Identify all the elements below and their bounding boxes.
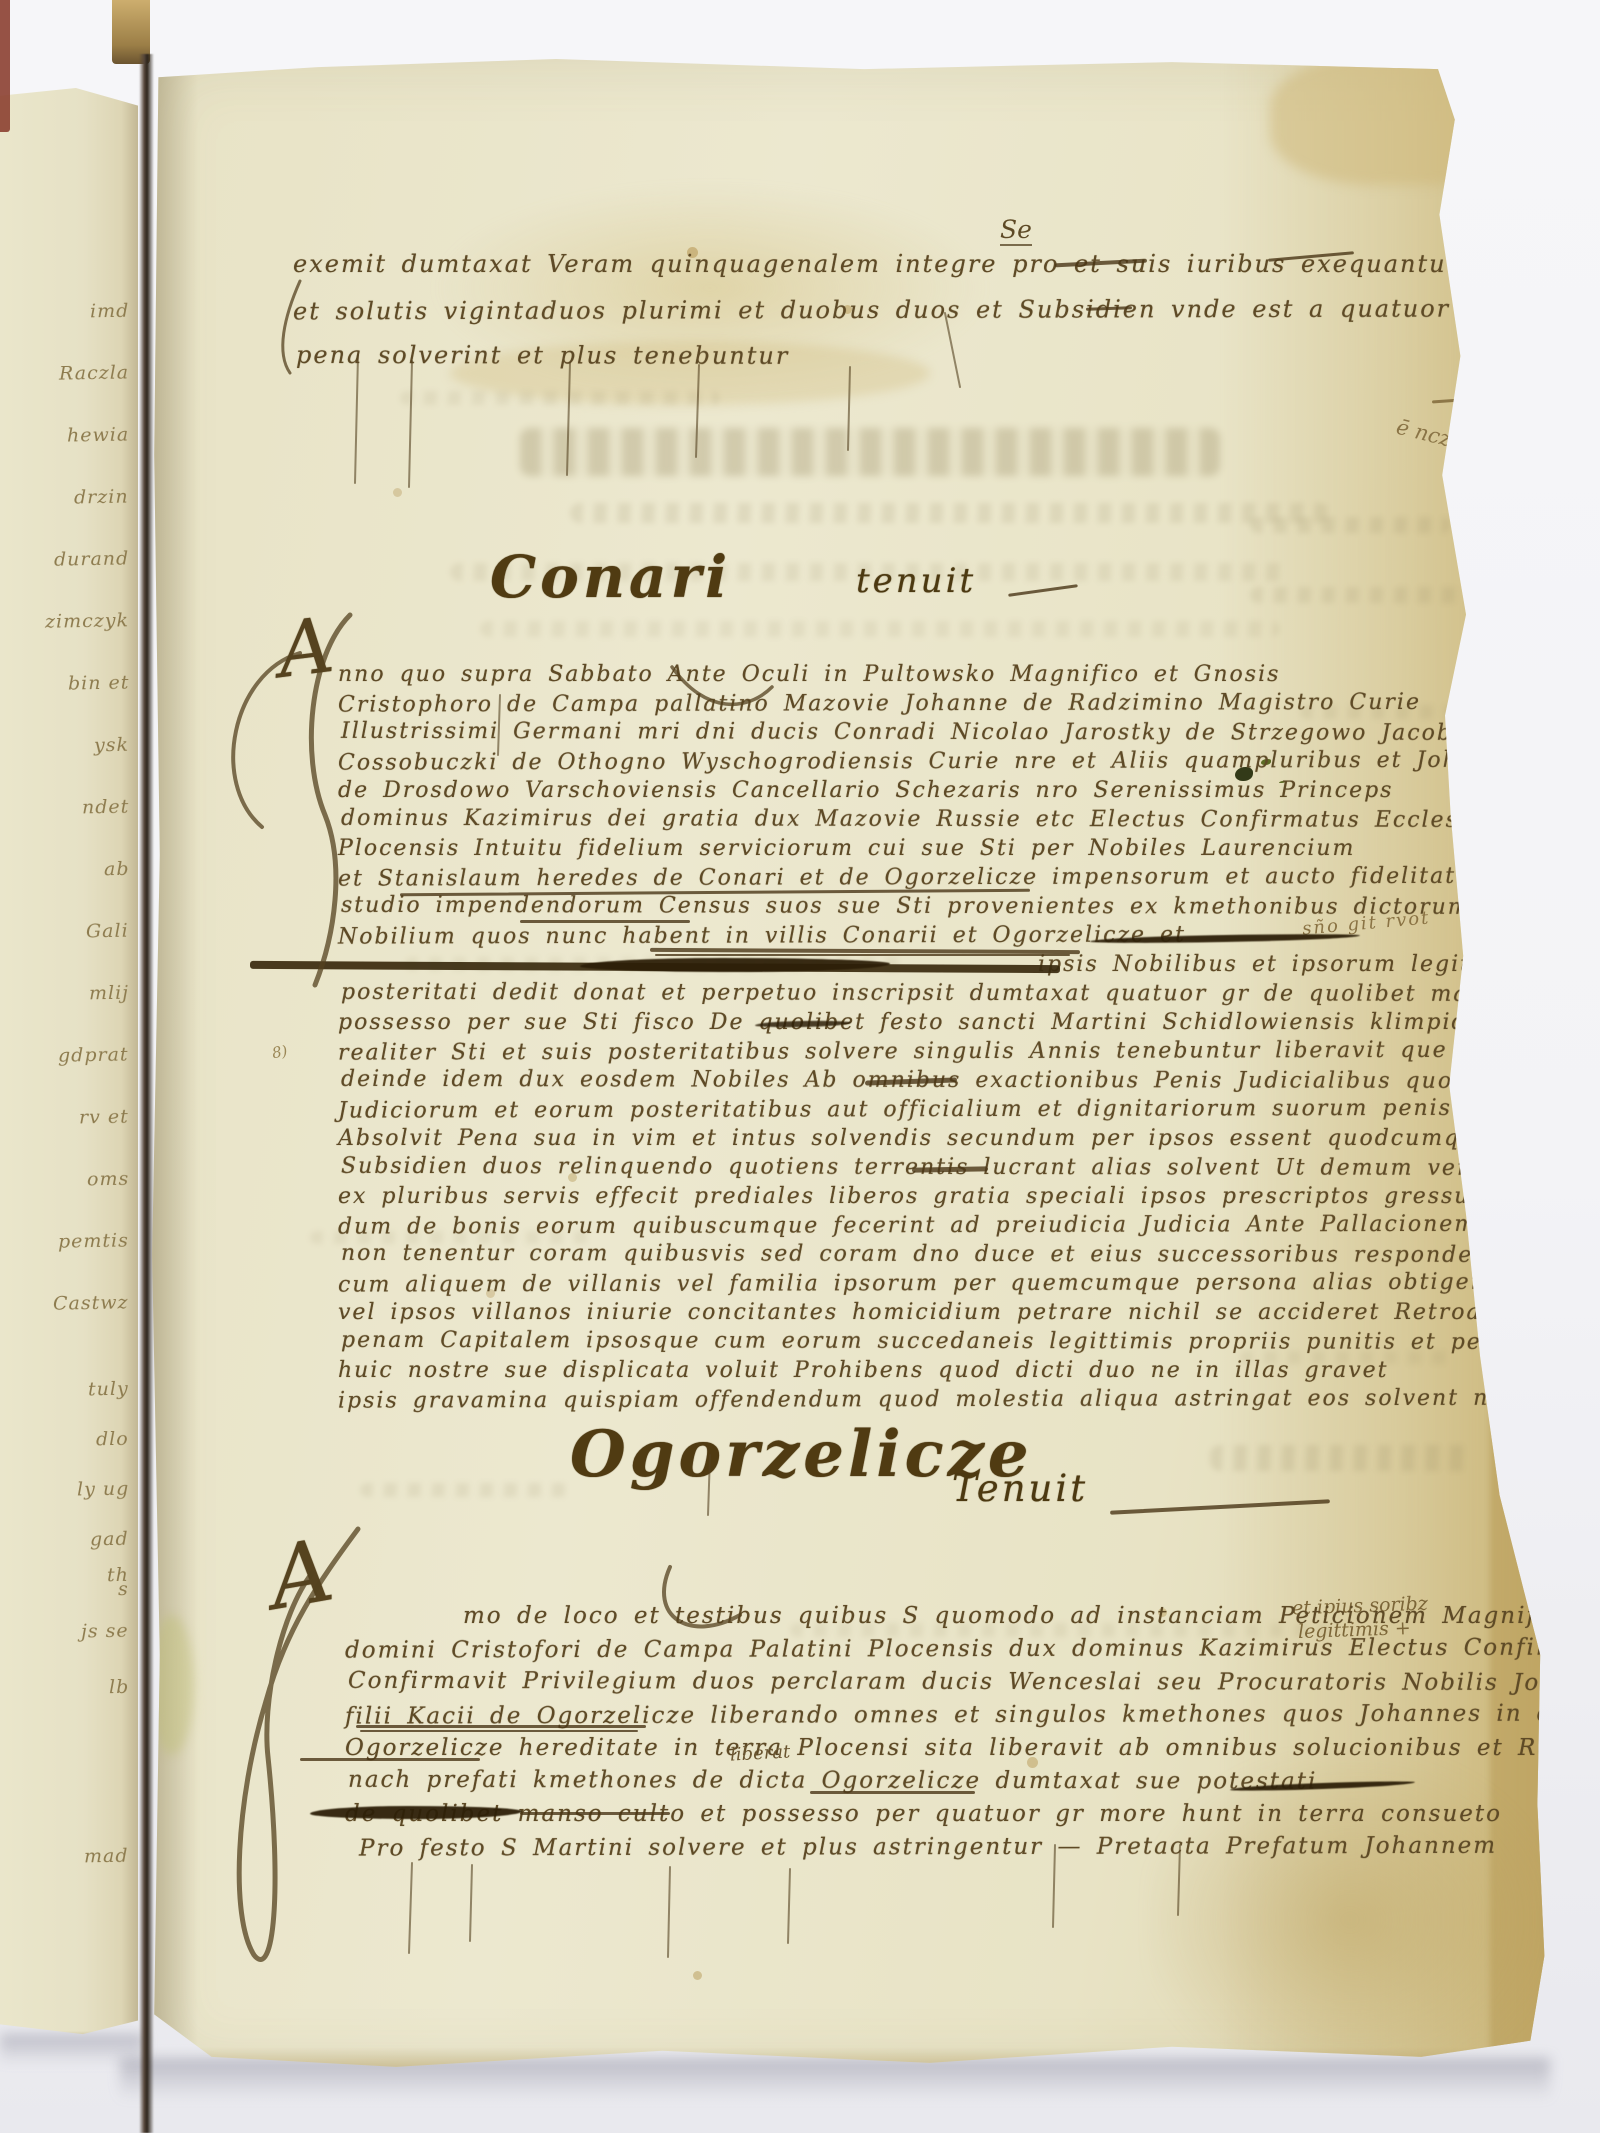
left-page-fragment-5: durand bbox=[54, 547, 130, 570]
conari-line-24: penam Capitalem ipsosque cum eorum succe… bbox=[341, 1326, 1550, 1357]
ogorzelicze-line-2: domini Cristofori de Campa Palatini Ploc… bbox=[345, 1631, 1550, 1667]
section-note-ogorzelicze: Tenuit bbox=[952, 1467, 1088, 1510]
interlinear-insert: liberat bbox=[729, 1741, 790, 1765]
conari-line-26: ipsis gravamina quispiam offendendum quo… bbox=[338, 1383, 1550, 1415]
left-page-fragment-23: th bbox=[107, 1564, 129, 1586]
left-page-fragment-1: imd bbox=[90, 300, 130, 323]
left-page-fragment-2: Raczla bbox=[59, 361, 129, 384]
top-paragraph: exemit dumtaxat Veram quinquagenalem int… bbox=[293, 241, 1460, 379]
folio-number: 15. bbox=[1445, 194, 1494, 231]
manuscript-photo: imdRaczlahewiadrzindurandzimczykbin etys… bbox=[0, 0, 1600, 2133]
ogorzelicze-line-8: Pro festo S Martini solvere et plus astr… bbox=[345, 1829, 1550, 1865]
conari-line-12: posteritati dedit donat et perpetuo insc… bbox=[341, 978, 1550, 1009]
ogorzelicze-line-5: Ogorzelicze hereditate in terra Plocensi… bbox=[345, 1732, 1550, 1765]
conari-line-17: Absolvit Pena sua in vim et intus solven… bbox=[338, 1124, 1550, 1153]
initial-letter-conari: A bbox=[273, 600, 338, 695]
stain-gutter-shadow bbox=[150, 55, 198, 2075]
left-page-bottom-shadow bbox=[0, 2034, 145, 2064]
stain-top-right-corner bbox=[1270, 55, 1530, 185]
stain-left-green bbox=[150, 1615, 194, 1755]
ghost-row bbox=[1250, 587, 1460, 603]
left-page-fragment-16: pemtis bbox=[58, 1229, 129, 1252]
ink-underline-6 bbox=[810, 1791, 975, 1794]
left-page-fragment-6: zimczyk bbox=[45, 609, 129, 632]
left-page-fragment-25: lb bbox=[109, 1676, 130, 1698]
left-page-fragment-21: gad bbox=[90, 1528, 129, 1551]
manuscript-page: 15. ē ncz sño git rvot et ipius soribz l… bbox=[150, 55, 1550, 2075]
left-page-fragment-18: tuly bbox=[88, 1378, 129, 1401]
ghost-row bbox=[570, 503, 1330, 523]
binding-red-edge bbox=[0, 0, 10, 132]
conari-line-2: Cristophoro de Campa pallatino Mazovie J… bbox=[338, 687, 1550, 719]
ink-underline-4 bbox=[356, 1725, 646, 1728]
left-page-fragment-8: ysk bbox=[94, 734, 129, 757]
conari-line-6: dominus Kazimirus dei gratia dux Mazovie… bbox=[341, 804, 1550, 835]
ghost-row bbox=[1250, 517, 1450, 533]
ink-underline-5 bbox=[300, 1758, 480, 1761]
ghost-row bbox=[1210, 1445, 1470, 1471]
ghost-row bbox=[480, 621, 1280, 637]
left-page-fragment-3: hewia bbox=[67, 423, 130, 446]
margin-tally-mark: ē ncz bbox=[1394, 415, 1454, 452]
ogorzelicze-lines: mo de loco et testibus quibus S quomodo … bbox=[345, 1600, 1550, 1864]
ghost-header-showthrough bbox=[520, 428, 1220, 476]
initial-letter-ogorzelicze: A bbox=[262, 1520, 341, 1629]
conari-line-21: non tenentur coram quibusvis sed coram d… bbox=[341, 1239, 1550, 1270]
conari-line-1: nno quo supra Sabbato Ante Oculi in Pult… bbox=[338, 660, 1550, 689]
left-page-fragment-10: ab bbox=[103, 858, 129, 880]
conari-line-3: Illustrissimi Germani mri dni ducis Conr… bbox=[341, 717, 1550, 748]
top-paragraph-line-3: pena solverint et plus tenebuntur bbox=[296, 332, 1463, 380]
gutter-line bbox=[139, 54, 154, 2133]
ink-swash-conari-note bbox=[1008, 584, 1078, 597]
top-paragraph-line-1: exemit dumtaxat Veram quinquagenalem int… bbox=[293, 241, 1460, 287]
ink-underline-4b bbox=[360, 1730, 638, 1732]
left-page-fragment-26: mad bbox=[84, 1845, 129, 1868]
ink-swash-ogorzelicze-note bbox=[1110, 1499, 1330, 1515]
ogorzelicze-line-3: Confirmavit Privilegium duos perclaram d… bbox=[348, 1665, 1550, 1700]
conari-line-4: Cossobuczki de Othogno Wyschogrodiensis … bbox=[338, 745, 1550, 777]
left-page-fragment-7: bin et bbox=[67, 671, 129, 694]
left-page: imdRaczlahewiadrzindurandzimczykbin etys… bbox=[0, 88, 138, 2040]
margin-left-mark: 8) bbox=[271, 1042, 289, 1062]
ogorzelicze-line-4: filii Kacii de Ogorzelicze liberando omn… bbox=[345, 1697, 1550, 1733]
conari-line-7: Plocensis Intuitu fidelium serviciorum c… bbox=[338, 834, 1550, 863]
conari-line-5: de Drosdowo Varschoviensis Cancellario S… bbox=[338, 776, 1550, 805]
conari-line-16: Judiciorum et eorum posteritatibus aut o… bbox=[338, 1093, 1550, 1125]
left-page-fragment-17: Castwz bbox=[53, 1291, 129, 1314]
left-page-fragment-9: ndet bbox=[82, 796, 130, 819]
conari-line-13: possesso per sue Sti fisco De quolibet f… bbox=[338, 1008, 1550, 1037]
left-page-fragment-19: dlo bbox=[96, 1428, 129, 1451]
conari-line-9: studio impendendorum Census suos sue Sti… bbox=[341, 891, 1550, 922]
conari-line-22: cum aliquem de villanis vel familia ipso… bbox=[338, 1267, 1550, 1299]
ghost-row bbox=[360, 1483, 570, 1497]
section-header-conari: Conari bbox=[490, 543, 731, 611]
section-note-conari: tenuit bbox=[856, 561, 976, 601]
margin-dash-icon bbox=[1432, 398, 1474, 404]
ogorzelicze-line-1: mo de loco et testibus quibus S quomodo … bbox=[345, 1600, 1550, 1633]
left-page-fragment-24: js se bbox=[81, 1620, 129, 1643]
paragraph-ogorzelicze: mo de loco et testibus quibus S quomodo … bbox=[345, 1600, 1550, 1864]
ghost-row bbox=[400, 391, 720, 405]
conari-line-19: ex pluribus servis effecit prediales lib… bbox=[338, 1182, 1550, 1211]
left-page-fragment-20: ly ug bbox=[77, 1478, 130, 1501]
paragraph-conari: nno quo supra Sabbato Ante Oculi in Pult… bbox=[338, 660, 1550, 1414]
page-bottom-shadow bbox=[120, 2058, 1550, 2100]
left-page-fragment-4: drzin bbox=[74, 486, 129, 509]
left-page-fragment-15: oms bbox=[87, 1168, 130, 1191]
conari-line-25: huic nostre sue displicata voluit Prohib… bbox=[338, 1356, 1550, 1385]
interlinear-superscript: Se bbox=[1000, 215, 1032, 246]
ink-underline-2 bbox=[520, 920, 690, 923]
top-paragraph-line-2: et solutis vigintaduos plurimi et duobus… bbox=[293, 286, 1460, 335]
conari-line-10: Nobilium quos nunc habent in villis Cona… bbox=[338, 919, 1550, 951]
left-page-fragment-12: mlij bbox=[89, 982, 129, 1005]
conari-line-23: vel ipsos villanos iniurie concitantes h… bbox=[338, 1298, 1550, 1327]
left-page-fragment-14: rv et bbox=[79, 1106, 129, 1129]
conari-lines: nno quo supra Sabbato Ante Oculi in Pult… bbox=[338, 660, 1550, 1414]
ink-underline-3b bbox=[655, 954, 1070, 956]
ink-daub-line7-ext bbox=[520, 1812, 670, 1815]
left-page-fragment-11: Gali bbox=[86, 920, 129, 943]
conari-line-20: dum de bonis eorum quibuscumque fecerint… bbox=[338, 1209, 1550, 1241]
left-page-fragment-13: gdprat bbox=[58, 1043, 129, 1066]
conari-line-14: realiter Sti et suis posteritatibus solv… bbox=[338, 1035, 1550, 1067]
top-paragraph-lines: exemit dumtaxat Veram quinquagenalem int… bbox=[293, 241, 1460, 379]
